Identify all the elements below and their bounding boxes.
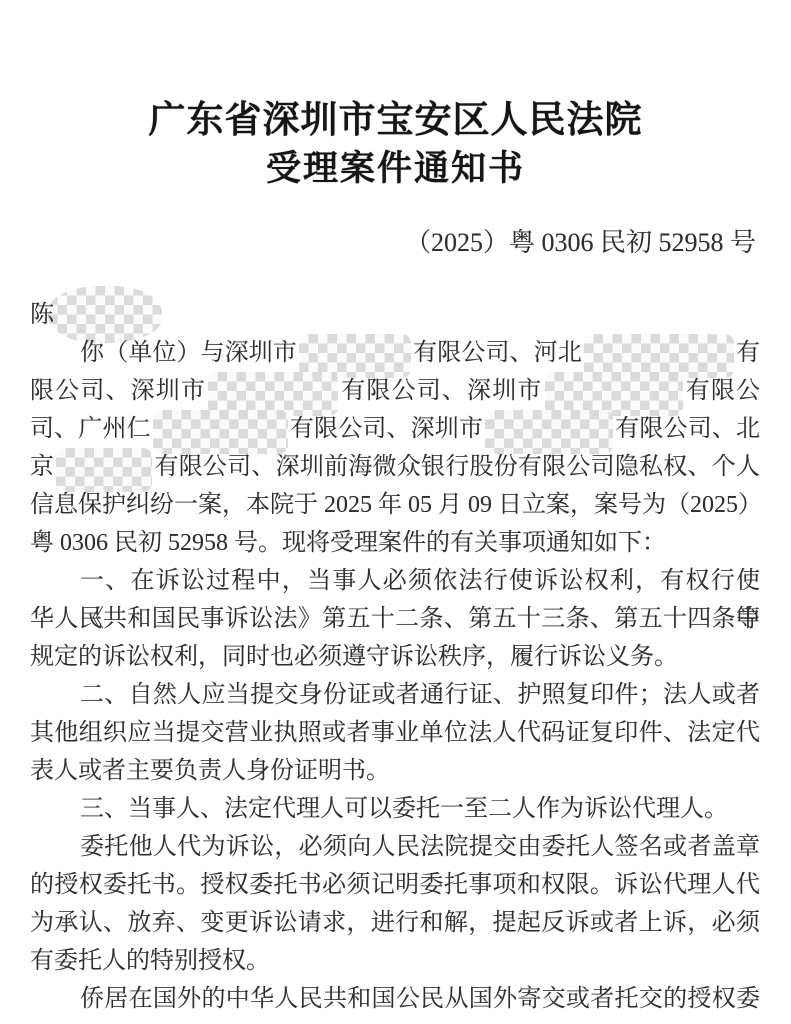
text-line: 你（单位）与深圳市有限公司、河北有: [30, 334, 760, 372]
text-segment: 京: [30, 454, 54, 480]
text-segment: 司、广州仁: [30, 416, 151, 442]
text-segment: 华人民共和国民事诉讼法》第五十二条、第五十三条、第五十四条等: [30, 606, 760, 632]
court-notice-document: 广东省深圳市宝安区人民法院 受理案件通知书 （2025）粤 0306 民初 52…: [0, 0, 791, 1024]
document-title: 受理案件通知书: [0, 145, 791, 193]
text-line: 侨居在国外的中华人民共和国公民从国外寄交或者托交的授权委: [30, 980, 760, 1018]
text-segment: 委托他人代为诉讼，必须向人民法院提交由委托人签名或者盖章: [80, 834, 760, 860]
redaction-mosaic: [153, 410, 288, 454]
court-name: 广东省深圳市宝安区人民法院: [0, 97, 791, 145]
text-line: 一、在诉讼过程中，当事人必须依法行使诉讼权利，有权行使《中: [30, 562, 760, 600]
title-block: 广东省深圳市宝安区人民法院 受理案件通知书: [0, 97, 791, 193]
recipient-name: 陈: [30, 302, 54, 328]
text-segment: 规定的诉讼权利，同时也必须遵守诉讼秩序，履行诉讼义务。: [30, 644, 678, 670]
text-segment: 的授权委托书。授权委托书必须记明委托事项和权限。诉讼代理人代: [30, 872, 760, 898]
text-segment: 有限公司、深圳前海微众银行股份有限公司隐私权、个人: [154, 454, 760, 480]
text-line: 委托他人代为诉讼，必须向人民法院提交由委托人签名或者盖章: [30, 828, 760, 866]
text-segment: 你（单位）与深圳市: [80, 340, 297, 366]
text-segment: 限公司、深圳市: [30, 378, 206, 404]
text-line: 有委托人的特别授权。: [30, 942, 760, 980]
text-segment: 侨居在国外的中华人民共和国公民从国外寄交或者托交的授权委: [80, 986, 760, 1012]
text-line: 粤 0306 民初 52958 号。现将受理案件的有关事项通知如下：: [30, 524, 760, 562]
text-line: 京有限公司、深圳前海微众银行股份有限公司隐私权、个人: [30, 448, 760, 486]
body-lines: 你（单位）与深圳市有限公司、河北有限公司、深圳市有限公司、深圳市有限公司、广州仁…: [30, 334, 760, 1018]
text-segment: 有限公司、深圳市: [340, 378, 542, 404]
text-line: 二、自然人应当提交身份证或者通行证、护照复印件；法人或者: [30, 676, 760, 714]
text-segment: 有限公: [685, 378, 760, 404]
text-segment: 其他组织应当提交营业执照或者事业单位法人代码证复印件、法定代: [30, 720, 760, 746]
text-segment: 有限公司、河北: [413, 340, 582, 366]
text-segment: 有委托人的特别授权。: [30, 948, 270, 974]
case-number: （2025）粤 0306 民初 52958 号: [405, 222, 756, 259]
text-line: 三、当事人、法定代理人可以委托一至二人作为诉讼代理人。: [30, 790, 760, 828]
text-segment: 信息保护纠纷一案，本院于 2025 年 05 月 09 日立案，案号为（2025…: [30, 492, 762, 518]
text-segment: 粤 0306 民初 52958 号。现将受理案件的有关事项通知如下：: [30, 530, 666, 556]
redaction-mosaic: [56, 448, 152, 492]
text-segment: 二、自然人应当提交身份证或者通行证、护照复印件；法人或者: [80, 682, 760, 708]
text-line: 表人或者主要负责人身份证明书。: [30, 752, 760, 790]
recipient-row: 陈: [30, 296, 760, 336]
text-line: 的授权委托书。授权委托书必须记明委托事项和权限。诉讼代理人代: [30, 866, 760, 904]
text-segment: 为承认、放弃、变更诉讼请求，进行和解，提起反诉或者上诉，必须: [30, 910, 760, 936]
text-segment: 有: [736, 340, 760, 366]
text-segment: 三、当事人、法定代理人可以委托一至二人作为诉讼代理人。: [80, 796, 728, 822]
text-segment: 有限公司、深圳市: [290, 416, 483, 442]
text-line: 为承认、放弃、变更诉讼请求，进行和解，提起反诉或者上诉，必须: [30, 904, 760, 942]
text-segment: 表人或者主要负责人身份证明书。: [30, 758, 390, 784]
redaction-mosaic: [485, 410, 613, 454]
text-line: 规定的诉讼权利，同时也必须遵守诉讼秩序，履行诉讼义务。: [30, 638, 760, 676]
text-segment: 有限公司、北: [615, 416, 760, 442]
text-line: 华人民共和国民事诉讼法》第五十二条、第五十三条、第五十四条等: [30, 600, 760, 638]
text-line: 其他组织应当提交营业执照或者事业单位法人代码证复印件、法定代: [30, 714, 760, 752]
